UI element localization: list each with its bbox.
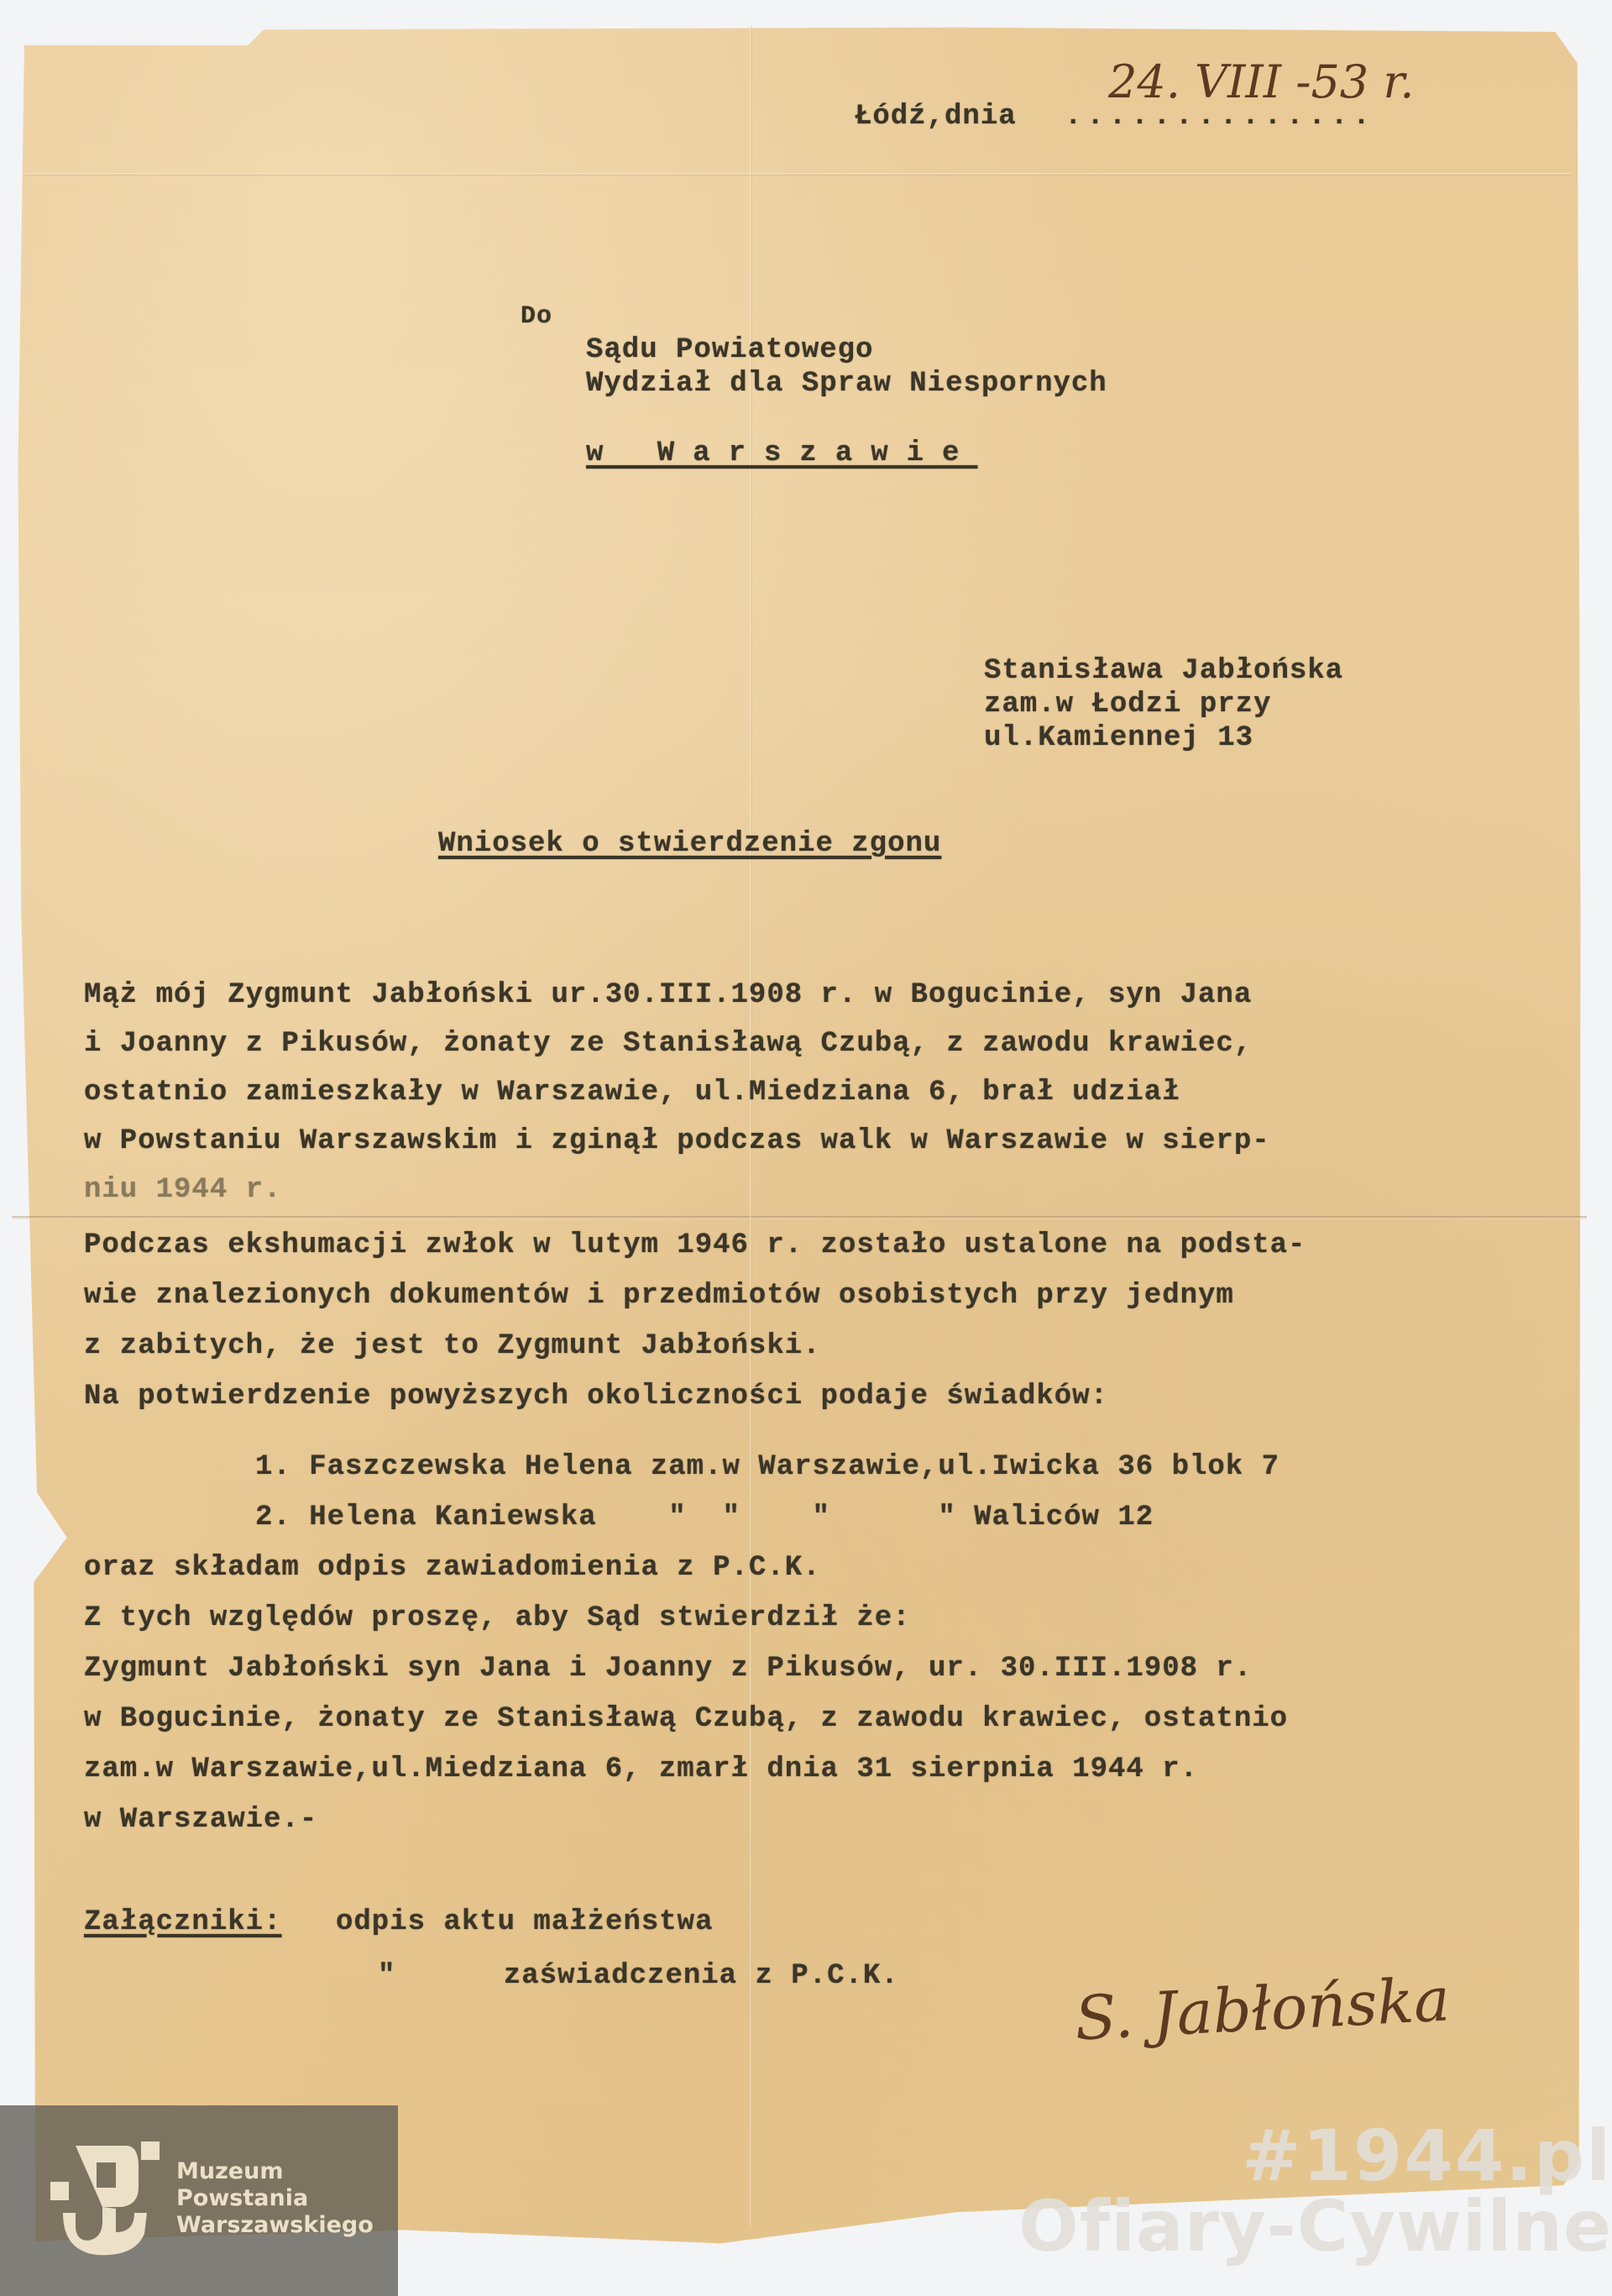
body-line: w Powstaniu Warszawskim i zginął podczas… <box>84 1127 1270 1156</box>
body-line: ostatnio zamieszkały w Warszawie, ul.Mie… <box>84 1078 1180 1107</box>
addressee-to: Do <box>521 304 552 329</box>
museum-name-line: Muzeum <box>176 2158 374 2185</box>
attachment-item: " zaświadczenia z P.C.K. <box>378 1962 899 1990</box>
museum-name-line: Warszawskiego <box>176 2212 374 2239</box>
body-line: Zygmunt Jabłoński syn Jana i Joanny z Pi… <box>84 1654 1252 1683</box>
attachments-label: Załączniki: <box>84 1908 281 1937</box>
body-line: Na potwierdzenie powyższych okoliczności… <box>84 1382 1108 1411</box>
body-line: i Joanny z Pikusów, żonaty ze Stanisławą… <box>84 1030 1252 1058</box>
document-title: Wniosek o stwierdzenie zgonu <box>438 830 941 858</box>
body-line: oraz składam odpis zawiadomienia z P.C.K… <box>84 1554 821 1582</box>
body-line: Mąż mój Zygmunt Jabłoński ur.30.III.1908… <box>84 981 1252 1009</box>
addressee-line1: Sądu Powiatowego <box>586 336 873 364</box>
body-line: wie znalezionych dokumentów i przedmiotó… <box>84 1282 1234 1310</box>
body-line: w Warszawie.- <box>84 1806 317 1834</box>
attachment-item: odpis aktu małżeństwa <box>336 1908 713 1937</box>
witness-item: 1. Faszczewska Helena zam.w Warszawie,ul… <box>255 1453 1280 1481</box>
place-date-label: Łódź,dnia <box>855 102 1017 131</box>
handwritten-date: 24. VIII -53 r. <box>1108 55 1414 108</box>
fold-crease-middle <box>12 1216 1587 1219</box>
body-line: zam.w Warszawie,ul.Miedziana 6, zmarł dn… <box>84 1755 1198 1784</box>
sender-name: Stanisława Jabłońska <box>984 657 1343 685</box>
addressee-line2: Wydział dla Spraw Niespornych <box>586 370 1107 398</box>
fold-crease-top <box>25 173 1570 176</box>
watermark-section: Ofiary-Cywilne <box>1018 2185 1612 2267</box>
body-line: z zabitych, że jest to Zygmunt Jabłoński… <box>84 1332 821 1360</box>
kotwica-anchor-icon <box>50 2141 160 2259</box>
sender-address1: zam.w Łodzi przy <box>984 690 1271 719</box>
body-line: Podczas ekshumacji zwłok w lutym 1946 r.… <box>84 1231 1306 1260</box>
body-line: niu 1944 r. <box>84 1176 281 1204</box>
body-line: Z tych względów proszę, aby Sąd stwierdz… <box>84 1604 911 1633</box>
witness-item: 2. Helena Kaniewska " " " " Waliców 12 <box>255 1503 1154 1532</box>
museum-name: Muzeum Powstania Warszawskiego <box>176 2158 374 2239</box>
museum-name-line: Powstania <box>176 2185 374 2212</box>
sender-address2: ul.Kamiennej 13 <box>984 724 1253 752</box>
body-line: w Bogucinie, żonaty ze Stanisławą Czubą,… <box>84 1705 1288 1733</box>
addressee-city: w Warszawie <box>586 439 977 468</box>
